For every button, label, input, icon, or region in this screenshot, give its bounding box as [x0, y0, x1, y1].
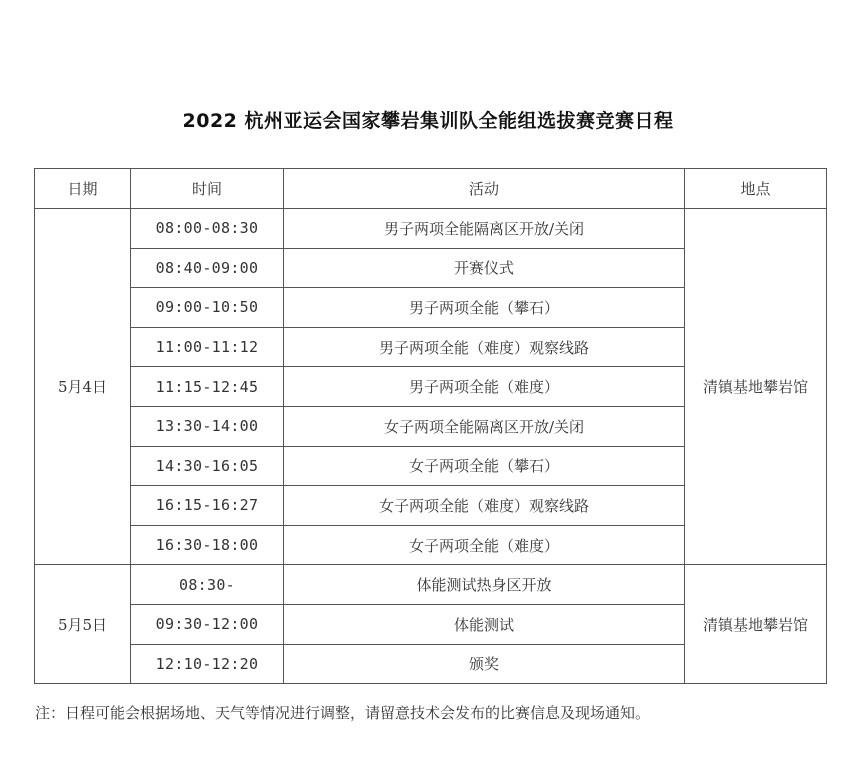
schedule-note: 注：日程可能会根据场地、天气等情况进行调整，请留意技术会发布的比赛信息及现场通知…: [35, 702, 650, 723]
row-time: 12:10-12:20: [131, 644, 284, 684]
header-activity: 活动: [284, 169, 685, 209]
row-activity: 女子两项全能（难度）观察线路: [284, 486, 685, 526]
row-time: 08:30-: [131, 565, 284, 605]
row-time: 13:30-14:00: [131, 406, 284, 446]
header-location: 地点: [685, 169, 827, 209]
row-activity: 女子两项全能（攀石）: [284, 446, 685, 486]
row-time: 14:30-16:05: [131, 446, 284, 486]
row-time: 11:15-12:45: [131, 367, 284, 407]
row-activity: 女子两项全能（难度）: [284, 525, 685, 565]
row-time: 08:40-09:00: [131, 248, 284, 288]
row-activity: 开赛仪式: [284, 248, 685, 288]
row-activity: 男子两项全能（难度）: [284, 367, 685, 407]
row-activity: 颁奖: [284, 644, 685, 684]
row-time: 09:30-12:00: [131, 604, 284, 644]
row-time: 09:00-10:50: [131, 288, 284, 328]
row-time: 16:15-16:27: [131, 486, 284, 526]
page-title: 2022 杭州亚运会国家攀岩集训队全能组选拔赛竞赛日程: [0, 106, 856, 133]
row-activity: 女子两项全能隔离区开放/关闭: [284, 406, 685, 446]
day-location: 清镇基地攀岩馆: [685, 209, 827, 565]
row-activity: 男子两项全能（攀石）: [284, 288, 685, 328]
header-time: 时间: [131, 169, 284, 209]
row-activity: 体能测试: [284, 604, 685, 644]
row-activity: 男子两项全能（难度）观察线路: [284, 327, 685, 367]
row-time: 08:00-08:30: [131, 209, 284, 249]
table-row: 5月5日 08:30- 体能测试热身区开放 清镇基地攀岩馆: [35, 565, 827, 605]
table-row: 5月4日 08:00-08:30 男子两项全能隔离区开放/关闭 清镇基地攀岩馆: [35, 209, 827, 249]
day-location: 清镇基地攀岩馆: [685, 565, 827, 684]
row-time: 16:30-18:00: [131, 525, 284, 565]
header-date: 日期: [35, 169, 131, 209]
table-header-row: 日期 时间 活动 地点: [35, 169, 827, 209]
row-activity: 男子两项全能隔离区开放/关闭: [284, 209, 685, 249]
row-time: 11:00-11:12: [131, 327, 284, 367]
day-date: 5月5日: [35, 565, 131, 684]
row-activity: 体能测试热身区开放: [284, 565, 685, 605]
day-date: 5月4日: [35, 209, 131, 565]
schedule-table: 日期 时间 活动 地点 5月4日 08:00-08:30 男子两项全能隔离区开放…: [34, 168, 827, 684]
